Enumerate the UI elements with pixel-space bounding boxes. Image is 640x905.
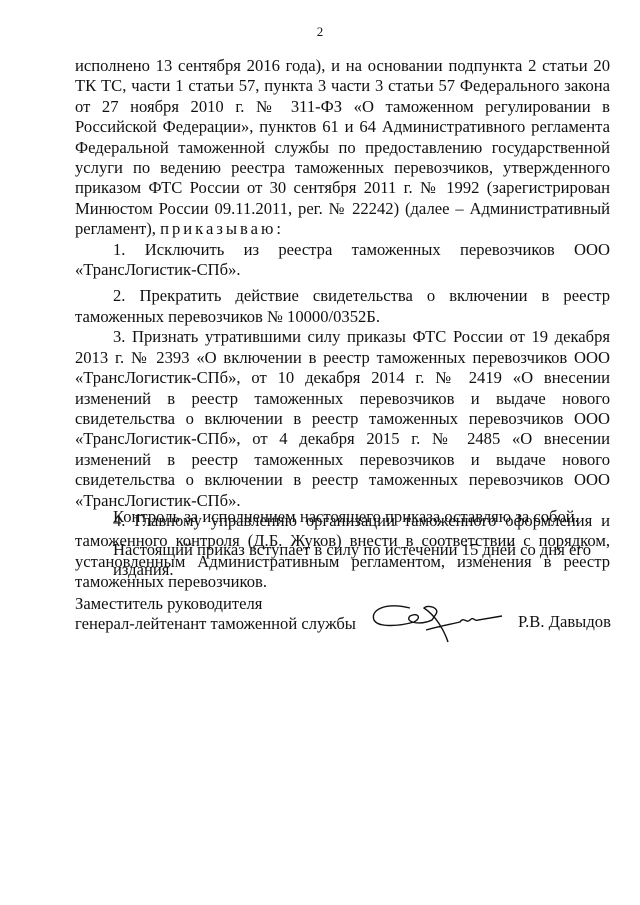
intro-paragraph: исполнено 13 сентября 2016 года), и на о… <box>75 56 610 240</box>
document-page: 2 исполнено 13 сентября 2016 года), и на… <box>0 0 640 905</box>
order-item-2: 2. Прекратить действие свидетельства о в… <box>75 286 610 327</box>
signatory-title-line2: генерал-лейтенант таможенной службы <box>75 614 356 634</box>
control-statement: Контроль за исполнением настоящего прика… <box>113 507 613 527</box>
signature-image <box>370 596 510 646</box>
signatory-title: Заместитель руководителя генерал-лейтена… <box>75 594 356 634</box>
effective-statement: Настоящий приказ вступает в силу по исте… <box>113 540 613 580</box>
signatory-title-line1: Заместитель руководителя <box>75 594 356 614</box>
order-word: приказываю: <box>160 219 284 238</box>
order-item-1: 1. Исключить из реестра таможенных перев… <box>75 240 610 281</box>
order-item-3: 3. Признать утратившими силу приказы ФТС… <box>75 327 610 511</box>
signatory-name: Р.В. Давыдов <box>518 612 611 632</box>
page-number: 2 <box>0 24 640 40</box>
